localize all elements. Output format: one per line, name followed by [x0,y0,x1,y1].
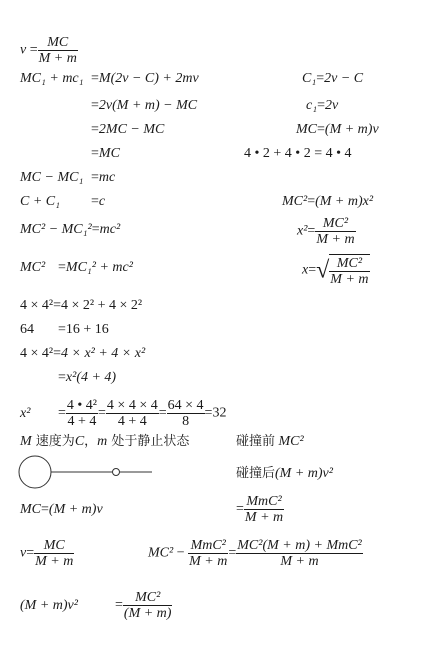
eq-rel: = [316,71,324,86]
eq-rhs: 2v [325,98,338,113]
fraction-denominator: M + m [34,554,74,569]
eq-expr: (M + m)v² [275,466,333,481]
fraction: MmC² M + m [244,494,284,525]
eq-lhs: MC² [148,546,173,561]
equation-energy-after: (M + m)v²= MC² (M + m) [20,590,172,621]
fraction-numerator: MmC² [244,494,284,510]
eq-rhs: (M + m)v [49,502,103,517]
eq-rel: = [317,98,325,113]
eq-rel: = [228,546,236,561]
fraction: MC M + m [34,538,74,569]
energy-after-collision: 碰撞后(M + m)v² [236,466,333,482]
eq-rel: = [236,502,244,517]
equation-x-squared: x²= MC² M + m [297,216,356,247]
equation-energy-x: MC²=(M + m)x² [282,194,373,210]
eq-op: − [177,546,185,561]
fraction: MC²(M + m) + MmC² M + m [236,538,363,569]
label-after: 碰撞后 [236,466,275,481]
numeric-check-dots: 4 • 2 + 4 • 2 = 4 • 4 [244,146,352,162]
eq-expr: MC² [279,434,304,449]
eq-rel: = [317,122,325,137]
small-mass-circle-icon [113,469,120,476]
eq-rel: = [115,598,123,613]
fraction-numerator: MC² [315,216,355,232]
fraction-numerator: MmC² [188,538,228,554]
eq-lhs: MC² [282,194,307,209]
fraction: MC² (M + m) [123,590,173,621]
eq-rhs: 2v − C [324,71,363,86]
fraction-denominator: M + m [188,554,228,569]
fraction-numerator: MC² [123,590,173,606]
fraction: MmC² M + m [188,538,228,569]
eq-rhs: (M + m)x² [315,194,373,209]
large-mass-circle-icon [19,456,51,488]
eq-rel: = [307,194,315,209]
eq-lhs: MC [20,502,41,517]
fraction: MC² M + m [315,216,355,247]
fraction-denominator: M + m [315,232,355,247]
fraction-denominator: M + m [236,554,363,569]
eq-rel: = [308,263,316,278]
equation-velocity-after: v= MC M + m [20,538,74,569]
eq-lhs: (M + m)v² [20,598,115,614]
equation-x-root: x=√ MC² M + m [302,254,370,287]
eq-lhs: x² [297,224,307,239]
eq-rhs: (M + m)v [325,122,379,137]
fraction-denominator: M + m [244,510,284,525]
equation-momentum-conservation: MC=(M + m)v [20,502,103,518]
radical-sign-icon: √ [316,258,329,284]
fraction-numerator: MC [34,538,74,554]
eq-text: 4 • 2 + 4 • 2 = 4 • 4 [244,146,352,161]
eq-lhs: MC [296,122,317,137]
equation-small-c1: c₁=2v [306,98,338,114]
eq-rel: = [41,502,49,517]
fraction-numerator: MC² [329,256,369,272]
eq-lhs: c₁ [306,98,317,113]
energy-after-simplified: = MmC² M + m [236,494,284,525]
fraction: MC² M + m [329,256,369,287]
equation-c1: C₁=2v − C [302,71,363,87]
eq-lhs: C₁ [302,71,316,86]
fraction-denominator: (M + m) [123,606,173,621]
eq-rel: = [26,546,34,561]
label-before: 碰撞前 [236,434,275,449]
energy-before-collision: 碰撞前 MC² [236,434,304,450]
equation-mc-right: MC=(M + m)v [296,122,379,138]
energy-loss-equation: MC² − MmC² M + m = MC²(M + m) + MmC² M +… [148,538,363,569]
fraction-denominator: M + m [329,272,369,287]
fraction-numerator: MC²(M + m) + MmC² [236,538,363,554]
eq-rel: = [307,224,315,239]
square-root: √ MC² M + m [316,254,369,287]
